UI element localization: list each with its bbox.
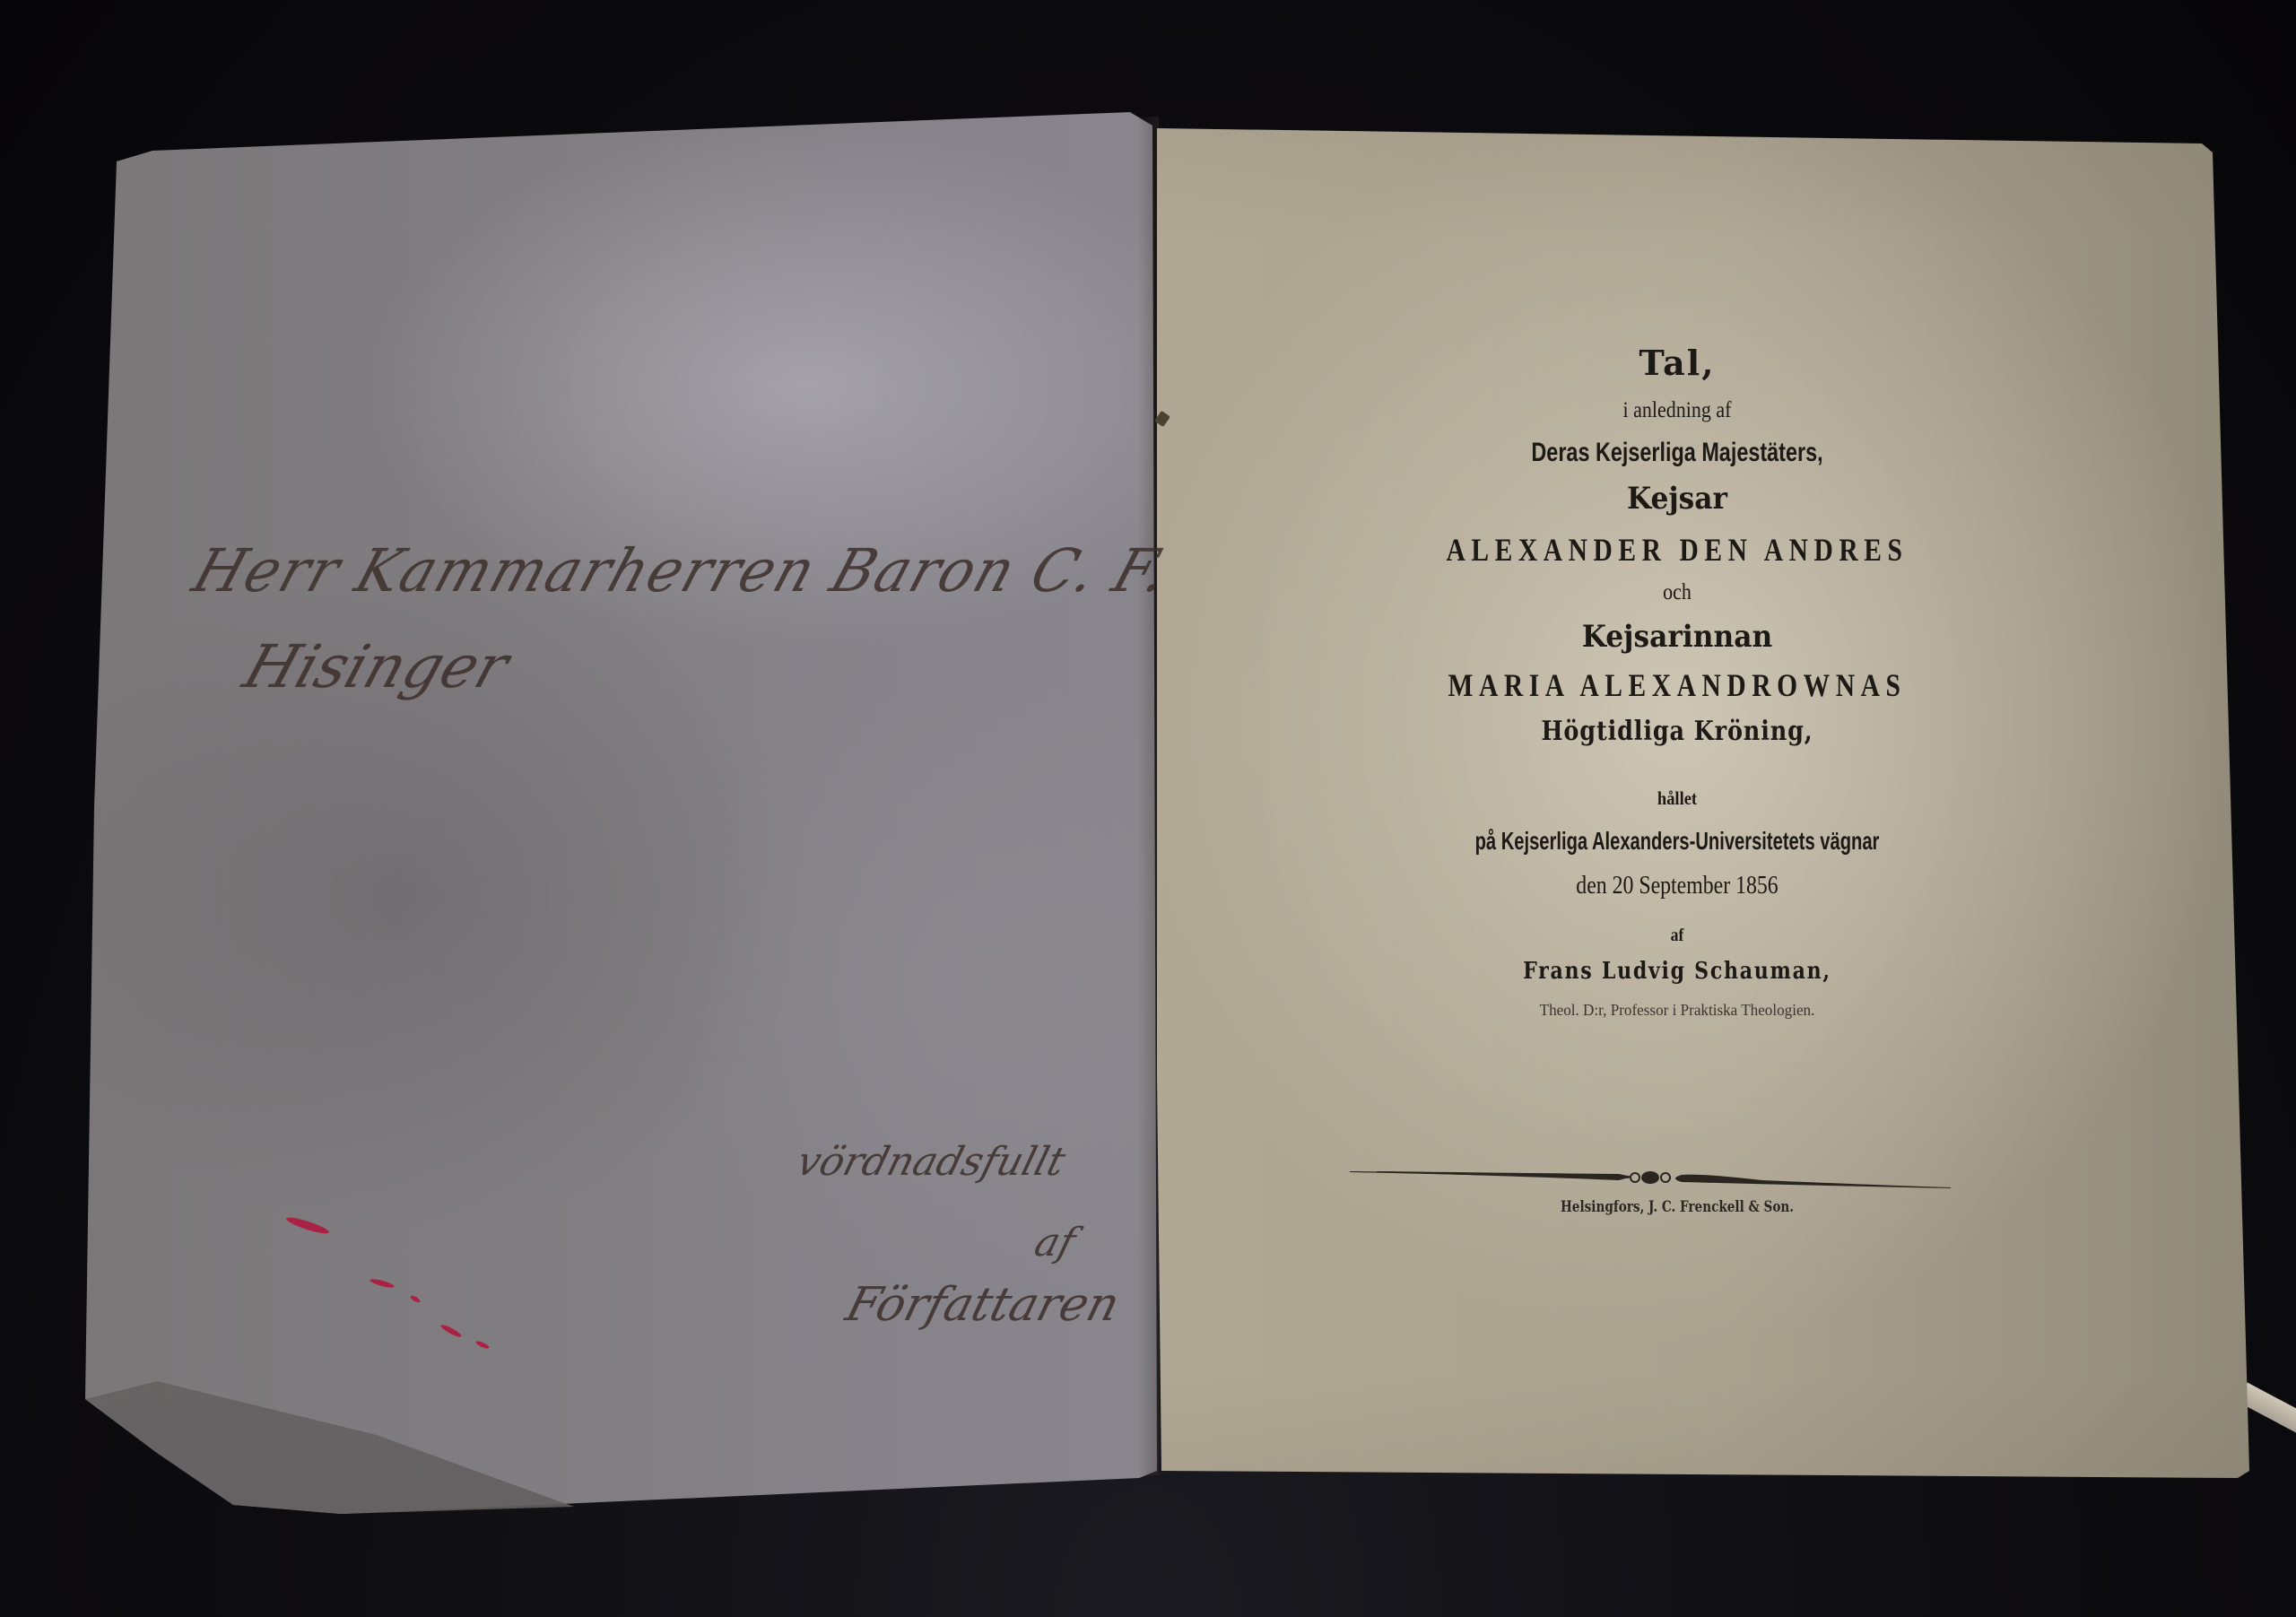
inscription-line-1: Herr Kammarherren Baron C. F. [185, 536, 1178, 605]
held-line: hållet [1370, 787, 1985, 810]
by-line: af [1370, 926, 1985, 946]
occasion-intro: i anledning af [1370, 398, 1985, 423]
title-page-text: Tal, i anledning af Deras Kejserliga Maj… [1327, 0, 2027, 1617]
empress-name: MARIA ALEXANDROWNAS [1390, 666, 1964, 704]
empress-title: Kejsarinnan [1355, 619, 1999, 655]
event-line: Högtidliga Kröning, [1380, 716, 1975, 747]
inscription-line-5: Författaren [840, 1278, 1126, 1332]
imprint: Helsingfors, J. C. Frenckell & Son. [1397, 1198, 1957, 1216]
emperor-title: Kejsar [1355, 481, 1999, 517]
majesties-line: Deras Kejserliga Majestäters, [1405, 438, 1950, 468]
conjunction: och [1370, 580, 1985, 605]
date-line: den 20 September 1856 [1380, 872, 1975, 900]
inscription-line-2: Hisinger [235, 632, 517, 701]
ornamental-rule-icon [1350, 1162, 1951, 1189]
on-behalf-line: på Kejserliga Alexanders-Universitetets … [1425, 827, 1929, 856]
inscription-line-3: vördnadsfullt [792, 1139, 1070, 1185]
title: Tal, [1327, 343, 2027, 383]
author-title: Theol. D:r, Professor i Praktiska Theolo… [1345, 1001, 2010, 1020]
emperor-name: ALEXANDER DEN ANDRES [1390, 531, 1964, 569]
spine-shadow [1137, 117, 1159, 1475]
author-name: Frans Ludvig Schauman, [1380, 958, 1975, 985]
